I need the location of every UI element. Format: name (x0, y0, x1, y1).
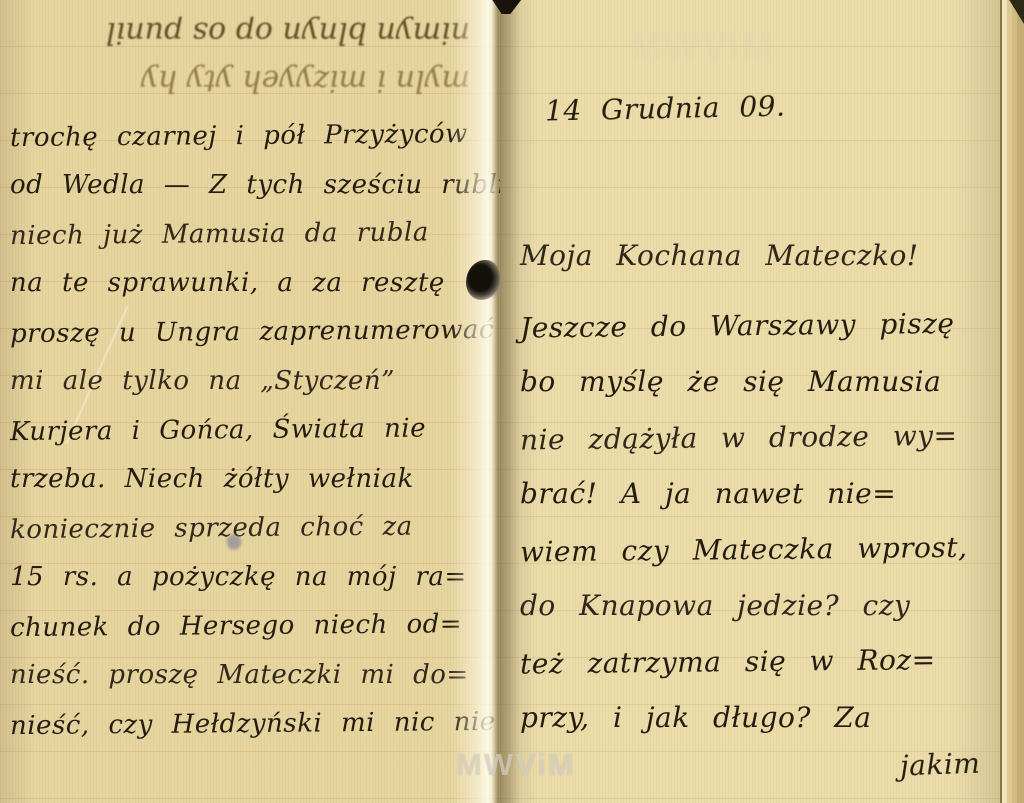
handwritten-line: niech już Mamusia da rubla (10, 208, 492, 261)
handwritten-line: na te sprawunki, a za resztę (10, 259, 492, 308)
handwritten-line: Jeszcze do Warszawy piszę (520, 296, 991, 357)
handwritten-line: też zatrzyma się w Roz= (520, 632, 991, 693)
handwritten-line: mi ale tylko na „Styczeń” (10, 357, 492, 406)
watermark-faint: MWViM (630, 26, 774, 69)
blue-ink-smudge (226, 533, 242, 551)
notebook-scan: myln i mizyyeh yty hy nimyn blnyn op os … (0, 0, 1024, 803)
handwritten-line: przy, i jak długo? Za (520, 690, 990, 746)
handwritten-line: proszę u Ungra zaprenumerować (10, 306, 492, 359)
ghost-bleedthrough-line: myln i mizyyeh yty hy (0, 56, 470, 104)
handwritten-line: 15 rs. a pożyczkę na mój ra= (10, 553, 492, 602)
handwritten-line: wiem czy Mateczka wprost, (520, 520, 991, 581)
handwritten-line: trzeba. Niech żółty wełniak (10, 455, 492, 504)
ghost-bleedthrough-line: nimyn blnyn op os punil (0, 8, 470, 56)
handwritten-line: do Knapowa jedzie? czy (520, 578, 990, 634)
watermark: MWViM (456, 747, 576, 783)
date-line: 14 Grudnia 09. (545, 89, 786, 127)
page-edge-right (1000, 0, 1024, 803)
handwritten-line: bo myślę że się Mamusia (520, 354, 990, 410)
closing-word: jakim (899, 747, 980, 783)
handwritten-line: brać! A ja nawet nie= (520, 466, 990, 522)
handwritten-line: nieść, czy Hełdzyński mi nic nie (10, 698, 492, 751)
ghost-bleedthrough-block: myln i mizyyeh yty hy nimyn blnyn op os … (0, 8, 470, 104)
handwritten-line: chunek do Hersego niech od= (10, 600, 492, 653)
handwritten-line: Kurjera i Gońca, Świata nie (10, 404, 492, 457)
handwritten-line: od Wedla — Z tych sześciu rubli (10, 161, 492, 210)
handwritten-line: Moja Kochana Mateczko! (520, 228, 990, 284)
handwritten-line: koniecznie sprzeda choć za (10, 502, 492, 555)
left-page-text: trochę czarnej i pół Przyżyców od Wedla … (10, 112, 492, 749)
handwritten-line: nieść. proszę Mateczki mi do= (10, 651, 492, 700)
handwritten-line: nie zdążyła w drodze wy= (520, 408, 991, 469)
handwritten-line: trochę czarnej i pół Przyżyców (10, 110, 492, 163)
right-page-text: Moja Kochana Mateczko! Jeszcze do Warsza… (520, 228, 990, 746)
